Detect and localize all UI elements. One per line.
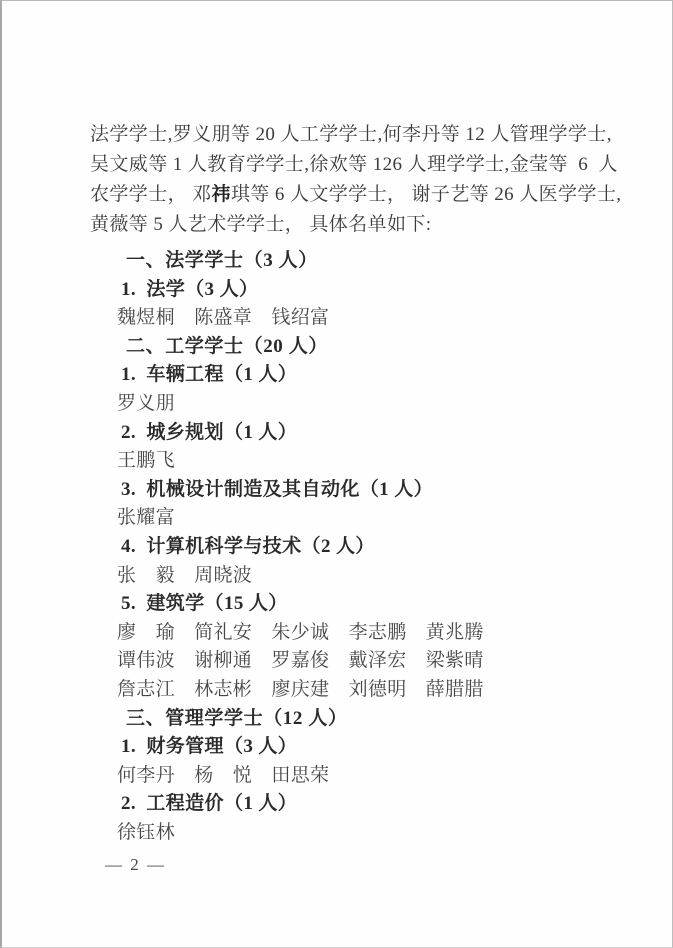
- section-heading-engineering: 二、工学学士（20 人）: [126, 333, 600, 362]
- intro-line-2: 吴文威等 1 人教育学学士,徐欢等 126 人理学学士,金莹等 6 人: [90, 150, 600, 180]
- page-number: — 2 —: [105, 854, 600, 876]
- major-title-computer-science: 4. 计算机科学与技术（2 人）: [121, 533, 600, 562]
- major-title-law: 1. 法学（3 人）: [121, 276, 600, 305]
- intro-line-3-pre: 农学学士， 邓: [90, 184, 212, 205]
- name-row: 罗义朋: [117, 390, 600, 419]
- intro-paragraph: 法学学士,罗义朋等 20 人工学学士,何李丹等 12 人管理学学士, 吴文威等 …: [90, 120, 600, 240]
- name-row: 廖 瑜 简礼安 朱少诚 李志鹏 黄兆腾: [117, 619, 600, 648]
- major-title-engineering-cost: 2. 工程造价（1 人）: [121, 790, 600, 819]
- intro-line-3-fallback-glyph: 祎: [212, 184, 231, 205]
- name-row: 谭伟波 谢柳通 罗嘉俊 戴泽宏 梁紫晴: [117, 647, 600, 676]
- name-row: 张耀富: [117, 504, 600, 533]
- name-row: 何李丹 杨 悦 田思荣: [117, 762, 600, 791]
- section-heading-law: 一、法学学士（3 人）: [126, 247, 600, 276]
- name-row: 魏煜桐 陈盛章 钱绍富: [117, 304, 600, 333]
- section-heading-management: 三、管理学学士（12 人）: [126, 705, 600, 734]
- intro-line-3-post: 琪等 6 人文学学士， 谢子艺等 26 人医学学士,: [231, 184, 621, 205]
- major-title-architecture: 5. 建筑学（15 人）: [121, 590, 600, 619]
- intro-line-3: 农学学士， 邓祎琪等 6 人文学学士， 谢子艺等 26 人医学学士,: [90, 180, 600, 210]
- degree-list: 一、法学学士（3 人） 1. 法学（3 人） 魏煜桐 陈盛章 钱绍富 二、工学学…: [90, 247, 600, 847]
- major-title-urban-rural-planning: 2. 城乡规划（1 人）: [121, 419, 600, 448]
- document-page: 法学学士,罗义朋等 20 人工学学士,何李丹等 12 人管理学学士, 吴文威等 …: [0, 0, 673, 948]
- intro-line-1: 法学学士,罗义朋等 20 人工学学士,何李丹等 12 人管理学学士,: [90, 120, 600, 150]
- major-title-mechanical-design: 3. 机械设计制造及其自动化（1 人）: [121, 476, 600, 505]
- intro-line-4: 黄薇等 5 人艺术学学士， 具体名单如下:: [90, 210, 600, 240]
- document-content: 法学学士,罗义朋等 20 人工学学士,何李丹等 12 人管理学学士, 吴文威等 …: [90, 120, 600, 876]
- name-row: 张 毅 周晓波: [117, 562, 600, 591]
- major-title-vehicle-engineering: 1. 车辆工程（1 人）: [121, 361, 600, 390]
- name-row: 徐钰林: [117, 819, 600, 848]
- name-row: 王鹏飞: [117, 447, 600, 476]
- major-title-financial-management: 1. 财务管理（3 人）: [121, 733, 600, 762]
- name-row: 詹志江 林志彬 廖庆建 刘德明 薛腊腊: [117, 676, 600, 705]
